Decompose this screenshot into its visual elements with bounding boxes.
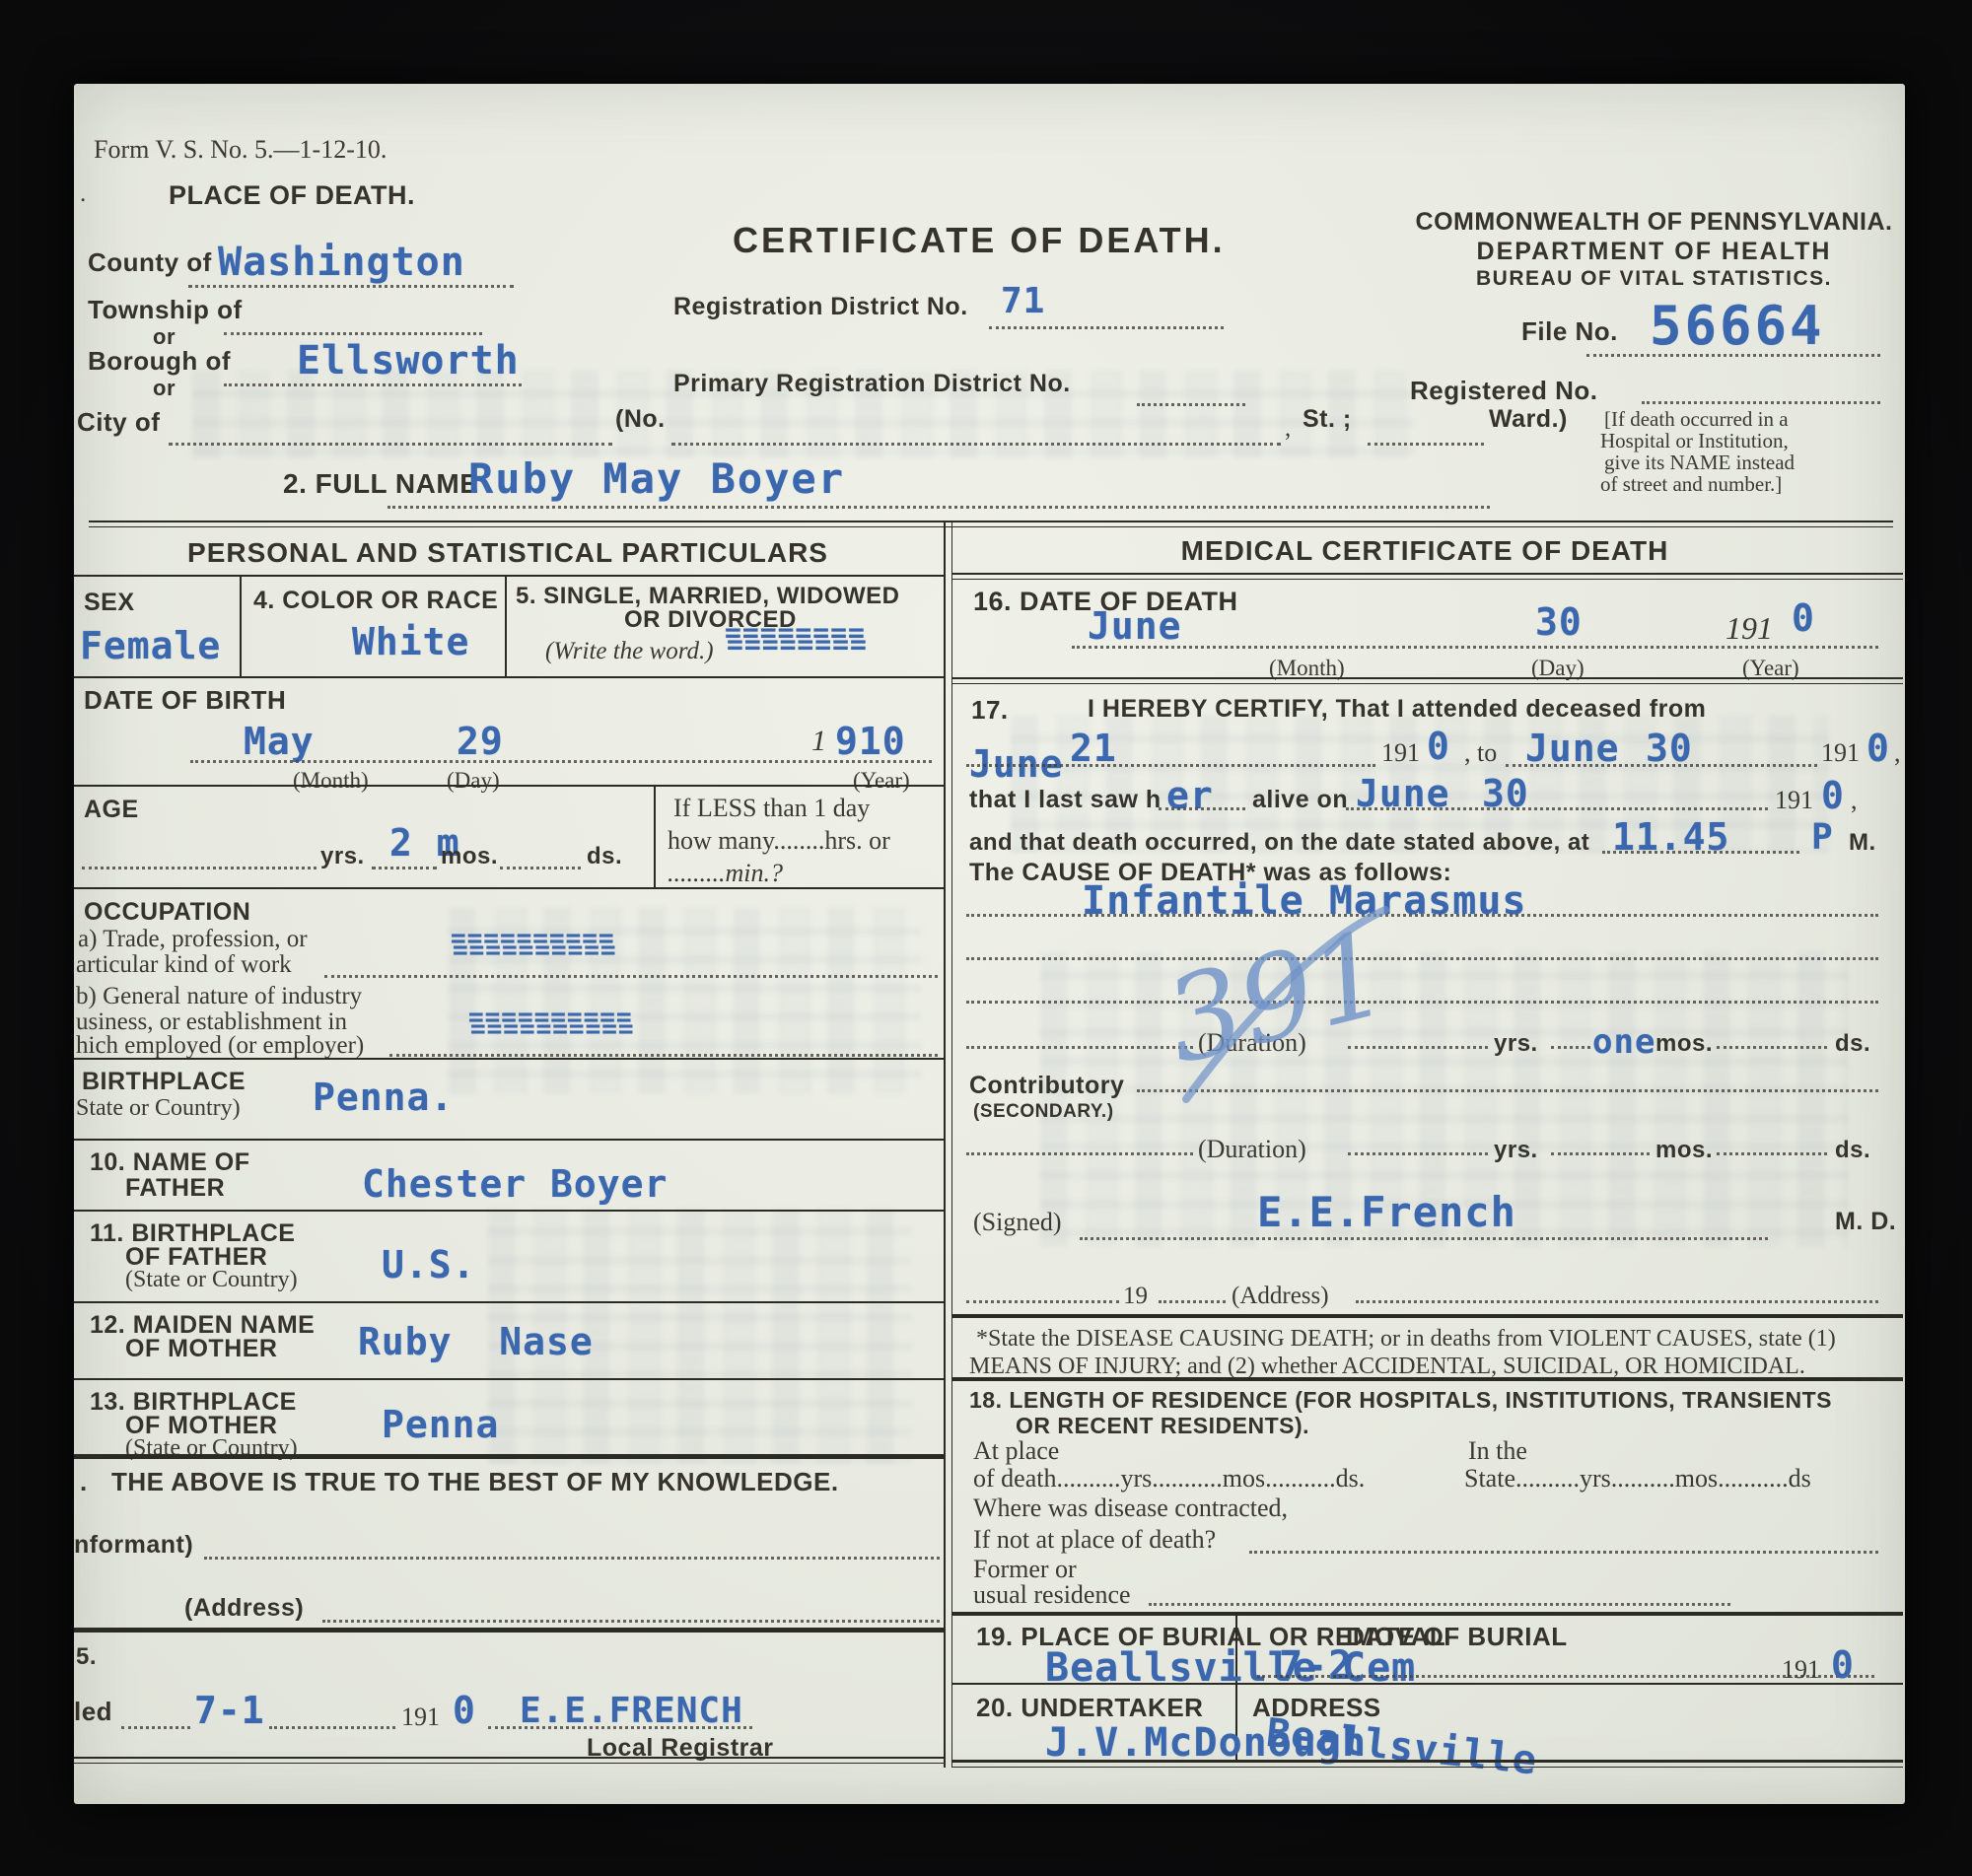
duration2-line	[1551, 1152, 1650, 1155]
divider-rule	[89, 521, 1893, 522]
filed-label: led	[74, 1697, 112, 1727]
age-note: how many........hrs. or	[668, 826, 890, 856]
signed-label: (Signed)	[973, 1208, 1062, 1237]
marital-hint: (Write the word.)	[545, 638, 714, 665]
usual-residence-line	[1149, 1603, 1730, 1606]
row-rule	[74, 1058, 944, 1060]
secondary-label: (SECONDARY.)	[973, 1101, 1114, 1123]
township-label: Township of	[88, 295, 243, 325]
last-saw-mid: alive on	[1252, 786, 1348, 814]
occupation-a-line	[324, 975, 938, 978]
cell-divider	[505, 577, 507, 676]
occupation-a-label: a) Trade, profession, or	[78, 926, 308, 953]
occupation-b-line	[389, 1054, 938, 1057]
occupation-a-strikeout: ==========	[453, 936, 617, 965]
last-saw-prefix: that I last saw h	[969, 786, 1162, 814]
duration2-mos-label: mos.	[1655, 1137, 1713, 1164]
duration2-ds-label: ds.	[1835, 1137, 1870, 1164]
pencil-slash	[1186, 910, 1385, 1099]
contributory-line	[1137, 1089, 1878, 1092]
handwritten-number: 391	[1153, 904, 1401, 1089]
duration2-yrs-label: yrs.	[1494, 1137, 1538, 1164]
duration2-line	[1717, 1152, 1827, 1155]
city-label: City of	[77, 407, 160, 438]
filed-year-value: 0	[453, 1689, 476, 1732]
filed-line	[121, 1726, 190, 1729]
row-rule	[74, 676, 944, 678]
death-time-prefix: and that death occurred, on the date sta…	[969, 829, 1589, 857]
occupation-label: OCCUPATION	[84, 898, 250, 927]
bureau-title: BUREAU OF VITAL STATISTICS.	[1405, 267, 1903, 291]
street-no-label: (No.	[615, 405, 666, 434]
divider-rule	[951, 579, 1903, 580]
father-name-label: 10. NAME OF	[90, 1148, 249, 1177]
cell-divider	[240, 577, 242, 676]
age-note: .........min.?	[668, 859, 783, 888]
duration2-line	[1348, 1152, 1488, 1155]
birthplace-value: Penna.	[313, 1076, 454, 1119]
filed-line	[269, 1726, 395, 1729]
attended-to-year: 0	[1866, 727, 1890, 770]
father-name-value: Chester Boyer	[362, 1162, 668, 1206]
at-place-fields: of death..........yrs...........mos.....…	[973, 1464, 1365, 1494]
undertaker-address-value: Beallsville	[1264, 1710, 1539, 1784]
registration-district-label: Registration District No.	[673, 293, 968, 321]
death-time-line	[1602, 851, 1799, 854]
mother-name-label: OF MOTHER	[125, 1335, 278, 1363]
last-saw-year: 0	[1821, 774, 1845, 817]
divider-rule	[951, 677, 1903, 679]
certify-number: 17.	[971, 695, 1009, 726]
filed-year-printed: 191	[401, 1702, 440, 1732]
duration-line	[1717, 1046, 1827, 1049]
heavy-rule	[951, 1314, 1903, 1318]
heavy-rule	[74, 1628, 944, 1633]
last-saw-line	[1159, 807, 1245, 810]
heavy-rule	[74, 1454, 944, 1459]
death-time-m-label: M.	[1849, 829, 1876, 857]
undertaker-label: 20. UNDERTAKER	[976, 1693, 1203, 1723]
cause-line	[966, 1001, 1878, 1004]
registrar-signature-value: E.E.FRENCH	[520, 1691, 743, 1731]
father-birthplace-value: U.S.	[382, 1243, 476, 1286]
certify-statement: I HEREBY CERTIFY, That I attended deceas…	[1088, 695, 1706, 724]
duration-mos-label: mos.	[1655, 1030, 1713, 1058]
residence-label: 18. LENGTH OF RESIDENCE (FOR HOSPITALS, …	[969, 1387, 1832, 1414]
in-state-label: In the	[1468, 1436, 1527, 1466]
burial-year-value: 0	[1831, 1643, 1855, 1687]
duration-line	[1348, 1046, 1488, 1049]
row-rule	[951, 1683, 1903, 1685]
column-divider	[951, 521, 952, 1768]
duration-label: (Duration)	[1198, 1028, 1306, 1058]
disease-contracted-label: Where was disease contracted,	[973, 1494, 1288, 1523]
at-place-label: At place	[973, 1436, 1059, 1466]
signed-line	[1080, 1237, 1768, 1240]
street-no-comma: ,	[1285, 415, 1291, 443]
death-year-printed: 191	[1725, 610, 1773, 647]
mother-name-value: Ruby Nase	[358, 1320, 594, 1363]
signed-date-line	[966, 1300, 1119, 1303]
cause-line	[966, 914, 1878, 917]
certificate-paper: Form V. S. No. 5.—1-12-10. . PLACE OF DE…	[74, 84, 1905, 1804]
divider-rule	[951, 683, 1903, 684]
primary-registration-line	[1137, 403, 1245, 406]
ward-label: Ward.)	[1489, 405, 1568, 434]
duration-line	[966, 1046, 1193, 1049]
father-name-label: FATHER	[125, 1174, 225, 1203]
signed-date-line	[1159, 1300, 1226, 1303]
divider-rule	[89, 526, 1893, 527]
full-name-value: Ruby May Boyer	[468, 454, 845, 503]
attest-dot: .	[80, 1467, 88, 1497]
heavy-rule	[951, 1377, 1903, 1381]
row-rule	[74, 1139, 944, 1141]
duration-line	[1551, 1046, 1590, 1049]
birth-year-printed: 1	[811, 725, 826, 758]
age-line	[500, 867, 581, 869]
left-section-title: PERSONAL AND STATISTICAL PARTICULARS	[113, 537, 902, 569]
death-time-pm-value: P	[1811, 817, 1834, 858]
contributory-label: Contributory	[969, 1072, 1124, 1100]
to-label: , to	[1464, 738, 1497, 768]
registered-no-line	[1642, 401, 1880, 404]
if-not-label: If not at place of death?	[973, 1525, 1216, 1555]
signed-address-label: (Address)	[1232, 1283, 1329, 1310]
registered-no-label: Registered No.	[1410, 376, 1598, 406]
attest-statement: THE ABOVE IS TRUE TO THE BEST OF MY KNOW…	[111, 1467, 839, 1497]
corner-dot: .	[80, 180, 86, 208]
place-of-death-title: PLACE OF DEATH.	[169, 180, 415, 211]
county-line	[188, 285, 514, 288]
file-no-value: 56664	[1650, 295, 1825, 357]
filed-date-value: 7-1	[194, 1689, 265, 1732]
informant-label: nformant)	[74, 1531, 193, 1560]
physician-signature-value: E.E.French	[1257, 1188, 1516, 1236]
age-note: If LESS than 1 day	[673, 794, 870, 823]
birth-date-label: DATE OF BIRTH	[84, 685, 286, 716]
occupation-b-label: hich employed (or employer)	[76, 1032, 364, 1060]
sex-value: Female	[80, 624, 221, 667]
street-label: St. ;	[1303, 405, 1352, 434]
line-comma: ,	[1894, 738, 1901, 768]
death-month-value: June	[1088, 604, 1182, 648]
county-value: Washington	[218, 240, 465, 285]
right-section-title: MEDICAL CERTIFICATE OF DEATH	[1060, 535, 1790, 567]
column-divider	[944, 521, 946, 1768]
informant-address-label: (Address)	[184, 1594, 304, 1623]
row-rule	[74, 1301, 944, 1303]
last-saw-line	[1346, 807, 1768, 810]
or-word: or	[153, 376, 176, 401]
month-caption: (Month)	[293, 768, 369, 794]
row-rule	[74, 1757, 944, 1759]
in-state-fields: State..........yrs..........mos.........…	[1464, 1464, 1811, 1494]
attended-to-year-printed: 191	[1821, 738, 1860, 768]
race-label: 4. COLOR OR RACE	[253, 587, 498, 615]
street-no-line	[671, 443, 1281, 446]
filed-number-fragment: 5.	[76, 1643, 97, 1671]
borough-line	[224, 383, 522, 386]
residence-label: OR RECENT RESIDENTS).	[1016, 1413, 1309, 1439]
attended-from-line	[966, 764, 1375, 767]
certificate-title: CERTIFICATE OF DEATH.	[733, 220, 1191, 261]
informant-line	[204, 1557, 940, 1560]
marital-strikeout: ========	[727, 628, 868, 660]
cause-of-death-value: Infantile Marasmus	[1082, 878, 1526, 924]
duration-yrs-label: yrs.	[1494, 1030, 1538, 1058]
department-title: DEPARTMENT OF HEALTH	[1405, 238, 1903, 266]
row-rule	[74, 575, 944, 577]
form-number: Form V. S. No. 5.—1-12-10.	[94, 135, 387, 165]
age-line	[82, 867, 317, 869]
row-rule	[74, 887, 944, 889]
year-caption: (Year)	[853, 768, 910, 794]
primary-registration-label: Primary Registration District No.	[673, 370, 1071, 398]
age-yrs-suffix: yrs.	[320, 843, 365, 870]
line-comma: ,	[1851, 786, 1858, 815]
borough-value: Ellsworth	[297, 338, 520, 383]
birth-date-line	[190, 760, 932, 763]
usual-residence-label: usual residence	[973, 1580, 1131, 1610]
sex-label: SEX	[84, 589, 135, 617]
occupation-b-label: b) General nature of industry	[76, 983, 362, 1010]
file-no-label: File No.	[1521, 316, 1618, 347]
registration-district-value: 71	[1001, 281, 1045, 321]
birthplace-label: BIRTHPLACE	[82, 1068, 246, 1096]
age-line	[372, 867, 437, 869]
footnote-line: MEANS OF INJURY; and (2) whether ACCIDEN…	[969, 1354, 1805, 1380]
last-saw-pronoun-value: er	[1166, 774, 1214, 817]
cell-divider	[654, 785, 656, 887]
occupation-a-label: articular kind of work	[76, 951, 292, 979]
duration-months-value: one	[1592, 1022, 1655, 1062]
hospital-note-line: of street and number.]	[1600, 472, 1782, 497]
last-saw-year-printed: 191	[1775, 786, 1813, 815]
signed-address-line	[1356, 1300, 1878, 1303]
if-not-line	[1249, 1551, 1878, 1554]
heavy-rule	[951, 1612, 1903, 1616]
commonwealth-title: COMMONWEALTH OF PENNSYLVANIA.	[1405, 208, 1903, 237]
city-line	[169, 443, 612, 446]
heavy-rule	[951, 1760, 1903, 1763]
occupation-b-strikeout: ==========	[470, 1014, 635, 1044]
informant-address-line	[322, 1620, 940, 1623]
age-ds-suffix: ds.	[587, 843, 622, 870]
attended-to-line	[1506, 764, 1817, 767]
cause-line	[966, 957, 1878, 960]
birth-month-value: May	[244, 720, 315, 763]
day-caption: (Day)	[447, 768, 500, 794]
county-label: County of	[88, 247, 212, 278]
age-label: AGE	[84, 796, 139, 824]
birth-year-value: 910	[835, 720, 906, 763]
death-date-line	[1072, 646, 1878, 649]
row-rule	[74, 1763, 944, 1764]
township-line	[224, 332, 482, 335]
row-rule	[74, 1210, 944, 1212]
duration2-label: (Duration)	[1198, 1135, 1306, 1164]
birth-day-value: 29	[457, 720, 504, 763]
footnote-line: *State the DISEASE CAUSING DEATH; or in …	[976, 1326, 1836, 1353]
duration-ds-label: ds.	[1835, 1030, 1870, 1058]
death-year-value: 0	[1792, 596, 1815, 640]
race-value: White	[352, 620, 469, 663]
full-name-label: 2. FULL NAME	[283, 468, 478, 500]
registration-district-line	[989, 326, 1224, 329]
signed-year-prefix: 19	[1123, 1283, 1148, 1310]
father-birthplace-sublabel: (State or Country)	[125, 1267, 298, 1293]
scanned-death-certificate: Form V. S. No. 5.—1-12-10. . PLACE OF DE…	[0, 0, 1972, 1876]
full-name-line	[387, 506, 1490, 509]
row-rule	[951, 1767, 1903, 1768]
death-day-value: 30	[1535, 600, 1583, 644]
row-rule	[74, 785, 944, 787]
ward-line	[1368, 443, 1484, 446]
row-rule	[74, 1378, 944, 1380]
mother-birthplace-value: Penna	[382, 1403, 499, 1446]
attended-from-year: 0	[1427, 725, 1450, 768]
attended-from-year-printed: 191	[1381, 738, 1420, 768]
divider-rule	[951, 573, 1903, 575]
duration2-line	[966, 1152, 1193, 1155]
md-label: M. D.	[1835, 1208, 1896, 1236]
borough-label: Borough of	[88, 346, 231, 377]
burial-year-printed: 191	[1782, 1655, 1820, 1685]
birthplace-sublabel: State or Country)	[76, 1095, 241, 1122]
age-mos-suffix: mos.	[441, 843, 498, 870]
